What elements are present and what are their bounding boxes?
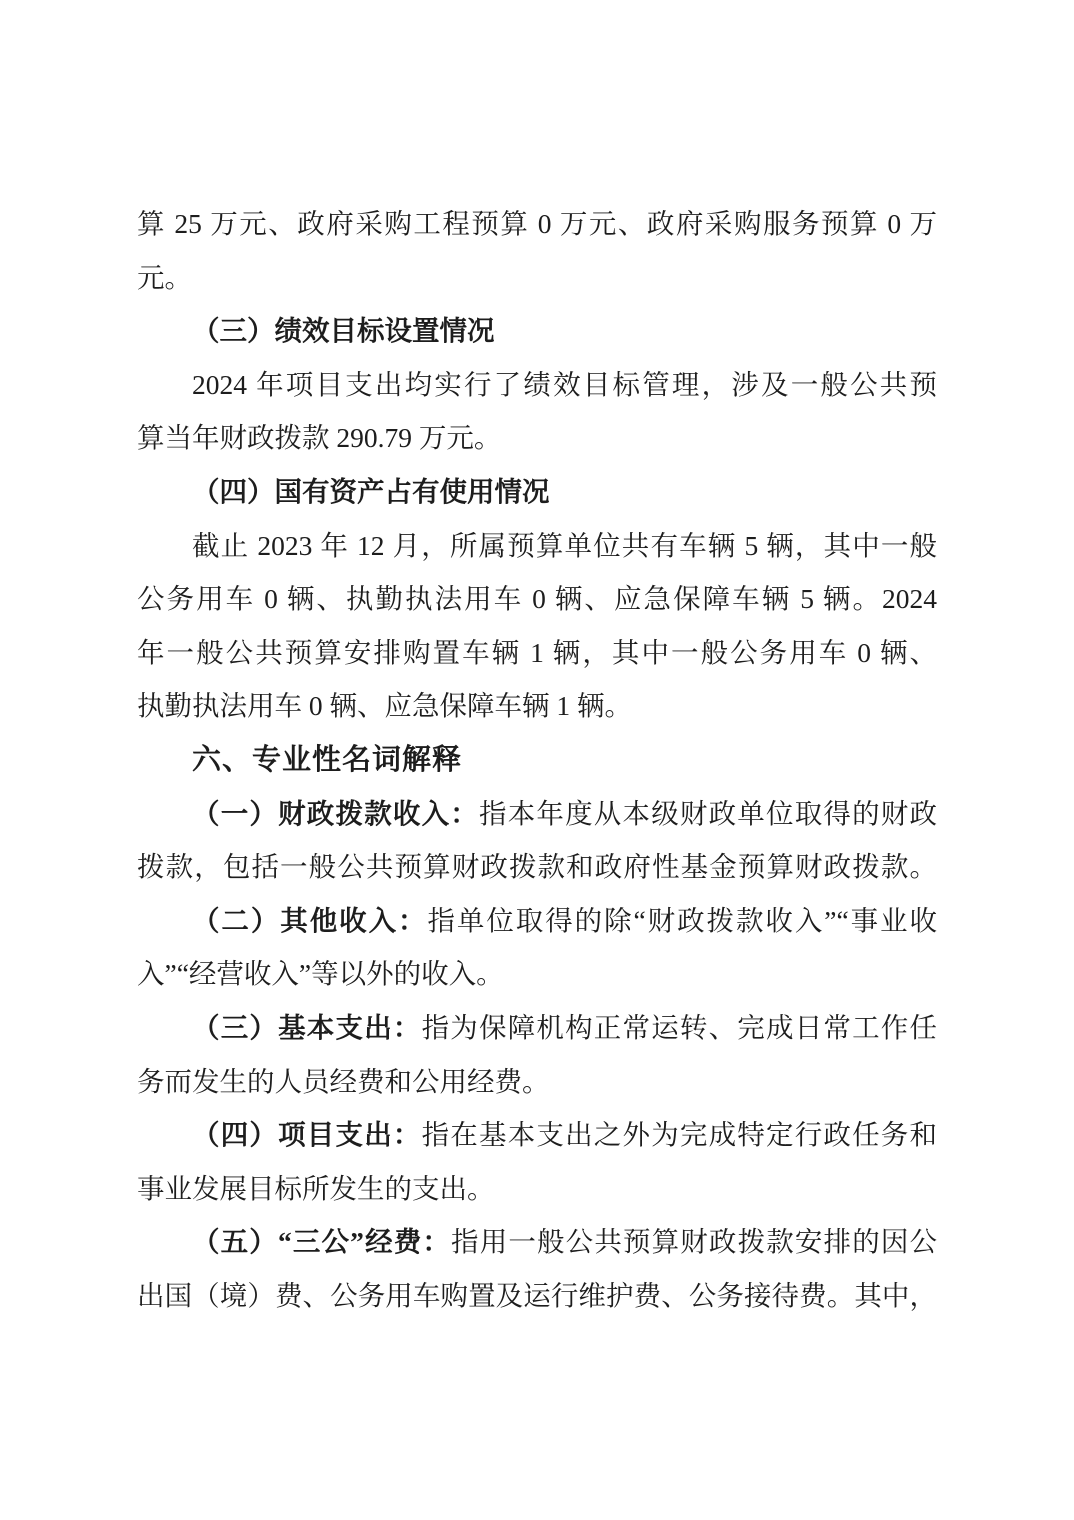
term-label: （一）财政拨款收入：	[192, 798, 479, 829]
line-procurement-budget-2: 元。	[137, 251, 937, 305]
line-term-basic-expenditure-2: 务而发生的人员经费和公用经费。	[137, 1055, 937, 1109]
line-term-fiscal-appropriation-2: 拨款，包括一般公共预算财政拨款和政府性基金预算财政拨款。	[137, 840, 937, 894]
text-segment: 截止 2023 年 12 月，所属预算单位共有车辆 5 辆，其中一般	[192, 530, 937, 561]
text-segment: 算当年财政拨款 290.79 万元。	[137, 422, 501, 453]
text-segment: 执勤执法用车 0 辆、应急保障车辆 1 辆。	[137, 690, 632, 721]
document-body: 算 25 万元、政府采购工程预算 0 万元、政府采购服务预算 0 万元。（三）绩…	[137, 197, 937, 1322]
heading-performance-target: （三）绩效目标设置情况	[137, 304, 937, 358]
line-performance-1: 2024 年项目支出均实行了绩效目标管理，涉及一般公共预	[137, 358, 937, 412]
document-page: 算 25 万元、政府采购工程预算 0 万元、政府采购服务预算 0 万元。（三）绩…	[0, 0, 1074, 1520]
line-term-other-income-1: （二）其他收入：指单位取得的除“财政拨款收入”“事业收	[137, 894, 937, 948]
term-label: （二）其他收入：	[192, 905, 427, 936]
term-label: （三）基本支出：	[192, 1012, 422, 1043]
term-label: （五）“三公”经费：	[192, 1226, 451, 1257]
text-segment: 指为保障机构正常运转、完成日常工作任	[422, 1012, 937, 1043]
line-assets-2: 公务用车 0 辆、执勤执法用车 0 辆、应急保障车辆 5 辆。2024	[137, 572, 937, 626]
term-label: （三）绩效目标设置情况	[192, 315, 495, 346]
term-label: 六、专业性名词解释	[192, 744, 462, 776]
line-term-project-expenditure-1: （四）项目支出：指在基本支出之外为完成特定行政任务和	[137, 1108, 937, 1162]
text-segment: 元。	[137, 262, 192, 293]
text-segment: 2024 年项目支出均实行了绩效目标管理，涉及一般公共预	[192, 369, 937, 400]
text-segment: 年一般公共预算安排购置车辆 1 辆，其中一般公务用车 0 辆、	[137, 637, 937, 668]
heading-terminology: 六、专业性名词解释	[137, 733, 937, 787]
line-term-project-expenditure-2: 事业发展目标所发生的支出。	[137, 1162, 937, 1216]
line-term-three-public-funds-1: （五）“三公”经费：指用一般公共预算财政拨款安排的因公	[137, 1215, 937, 1269]
line-assets-4: 执勤执法用车 0 辆、应急保障车辆 1 辆。	[137, 679, 937, 733]
text-segment: 务而发生的人员经费和公用经费。	[137, 1066, 550, 1097]
text-segment: 指本年度从本级财政单位取得的财政	[479, 798, 937, 829]
line-performance-2: 算当年财政拨款 290.79 万元。	[137, 411, 937, 465]
heading-state-assets: （四）国有资产占有使用情况	[137, 465, 937, 519]
line-assets-1: 截止 2023 年 12 月，所属预算单位共有车辆 5 辆，其中一般	[137, 519, 937, 573]
term-label: （四）国有资产占有使用情况	[192, 476, 550, 507]
text-segment: 入”“经营收入”等以外的收入。	[137, 958, 504, 989]
text-segment: 拨款，包括一般公共预算财政拨款和政府性基金预算财政拨款。	[137, 851, 937, 882]
text-segment: 指用一般公共预算财政拨款安排的因公	[451, 1226, 937, 1257]
text-segment: 事业发展目标所发生的支出。	[137, 1173, 495, 1204]
term-label: （四）项目支出：	[192, 1119, 422, 1150]
line-assets-3: 年一般公共预算安排购置车辆 1 辆，其中一般公务用车 0 辆、	[137, 626, 937, 680]
text-segment: 出国（境）费、公务用车购置及运行维护费、公务接待费。其中，	[137, 1280, 937, 1311]
line-term-three-public-funds-2: 出国（境）费、公务用车购置及运行维护费、公务接待费。其中，	[137, 1269, 937, 1323]
text-segment: 指在基本支出之外为完成特定行政任务和	[422, 1119, 937, 1150]
text-segment: 算 25 万元、政府采购工程预算 0 万元、政府采购服务预算 0 万	[137, 208, 937, 239]
line-term-other-income-2: 入”“经营收入”等以外的收入。	[137, 947, 937, 1001]
line-term-basic-expenditure-1: （三）基本支出：指为保障机构正常运转、完成日常工作任	[137, 1001, 937, 1055]
text-segment: 指单位取得的除“财政拨款收入”“事业收	[427, 905, 937, 936]
line-term-fiscal-appropriation-1: （一）财政拨款收入：指本年度从本级财政单位取得的财政	[137, 787, 937, 841]
line-procurement-budget-1: 算 25 万元、政府采购工程预算 0 万元、政府采购服务预算 0 万	[137, 197, 937, 251]
text-segment: 公务用车 0 辆、执勤执法用车 0 辆、应急保障车辆 5 辆。2024	[137, 583, 937, 614]
